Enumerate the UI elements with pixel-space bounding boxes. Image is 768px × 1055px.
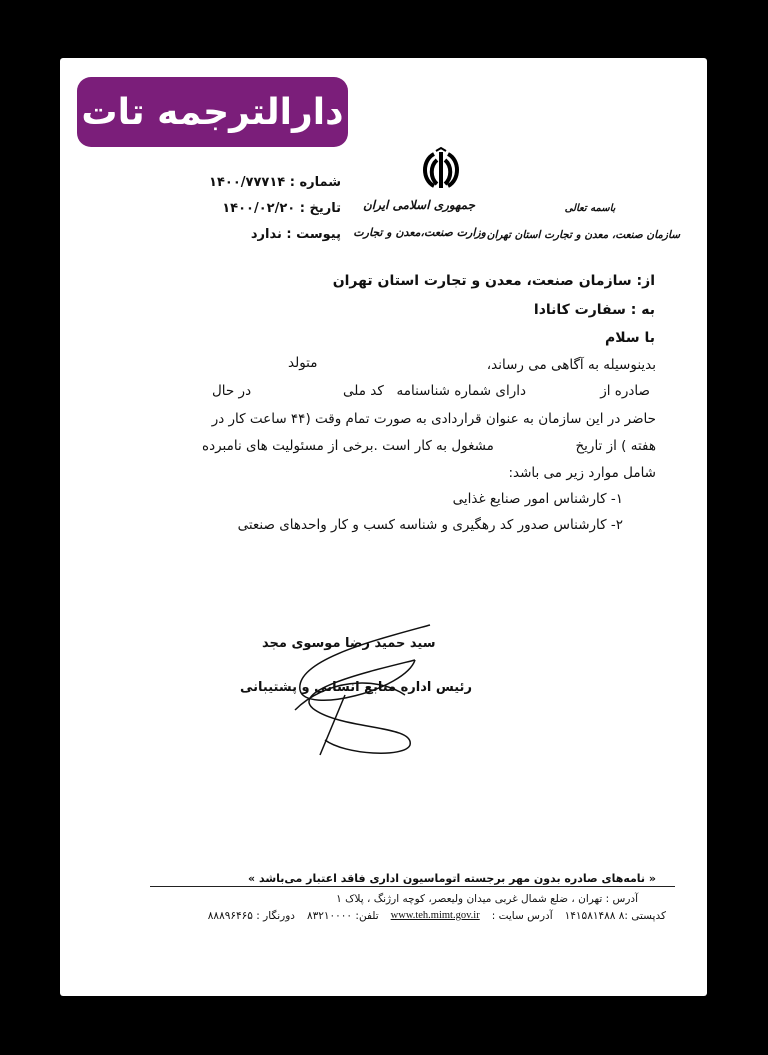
footer-notice: « نامه‌های صادره بدون مهر برجسته اتوماسی… [248,872,656,885]
body-line-2d: در حال [212,383,251,399]
postal-code: کدپستی :۸ ۱۴۱۵۸۱۴۸۸ [565,910,666,922]
ministry-heading: وزارت صنعت،معدن و تجارت [378,226,486,239]
duty-item-1: ۱- کارشناس امور صنایع غذایی [453,491,623,507]
letter-date: ۱۴۰۰/۰۲/۲۰ [222,201,295,216]
invocation: باسمه تعالی [560,203,620,214]
attachment-row: پیوست : ندارد [196,222,341,248]
greeting: با سلام [605,330,655,346]
footer-divider [150,886,675,887]
iran-emblem-icon [418,146,464,192]
signatory-title: رئیس اداره منابع انسانی و پشتیبانی [240,680,472,695]
body-line-2c: کد ملی [343,383,384,399]
to-line: به : سفارت کانادا [534,302,655,318]
footer-contacts: کدپستی :۸ ۱۴۱۵۸۱۴۸۸ آدرس سایت : www.teh.… [196,910,666,922]
body-line-4a: هفته ) از تاریخ [575,438,656,454]
attachment-value: ندارد [251,227,282,242]
site-label: آدرس سایت : [492,910,553,922]
from-line: از: سازمان صنعت، معدن و تجارت استان تهرا… [333,273,655,289]
letter-number: ۱۴۰۰/۷۷۷۱۴ [209,175,285,190]
body-line-4b: مشغول به کار است .برخی از مسئولیت های نا… [202,438,494,454]
body-line-1: بدینوسیله به آگاهی می رساند، [487,357,656,373]
body-line-3: حاضر در این سازمان به عنوان قراردادی به … [212,411,656,427]
fax: دورنگار : ۸۸۸۹۶۴۶۵ [208,910,295,922]
brand-badge: دارالترجمه تات [77,77,348,147]
organization-heading: سازمان صنعت، معدن و تجارت استان تهران [515,229,680,241]
body-line-5: شامل موارد زیر می باشد: [508,465,656,481]
signatory-name: سید حمید رضا موسوی مجد [262,636,436,651]
footer-address: آدرس : تهران ، ضلع شمال غربی میدان ولیعص… [336,893,638,905]
number-row: شماره : ۱۴۰۰/۷۷۷۱۴ [196,170,341,196]
body-line-2a: صادره از [600,383,650,399]
duty-item-2: ۲- کارشناس صدور کد رهگیری و شناسه کسب و … [238,517,623,533]
phone: تلفن: ۸۳۲۱۰۰۰۰ [307,910,379,922]
republic-heading: جمهوری اسلامی ایران [385,198,475,212]
letter-meta: شماره : ۱۴۰۰/۷۷۷۱۴ تاریخ : ۱۴۰۰/۰۲/۲۰ پی… [196,170,341,248]
website-link[interactable]: www.teh.mimt.gov.ir [391,910,480,922]
body-line-1-born: متولد [288,355,317,371]
body-line-2b: دارای شماره شناسنامه [397,383,526,399]
date-row: تاریخ : ۱۴۰۰/۰۲/۲۰ [196,196,341,222]
